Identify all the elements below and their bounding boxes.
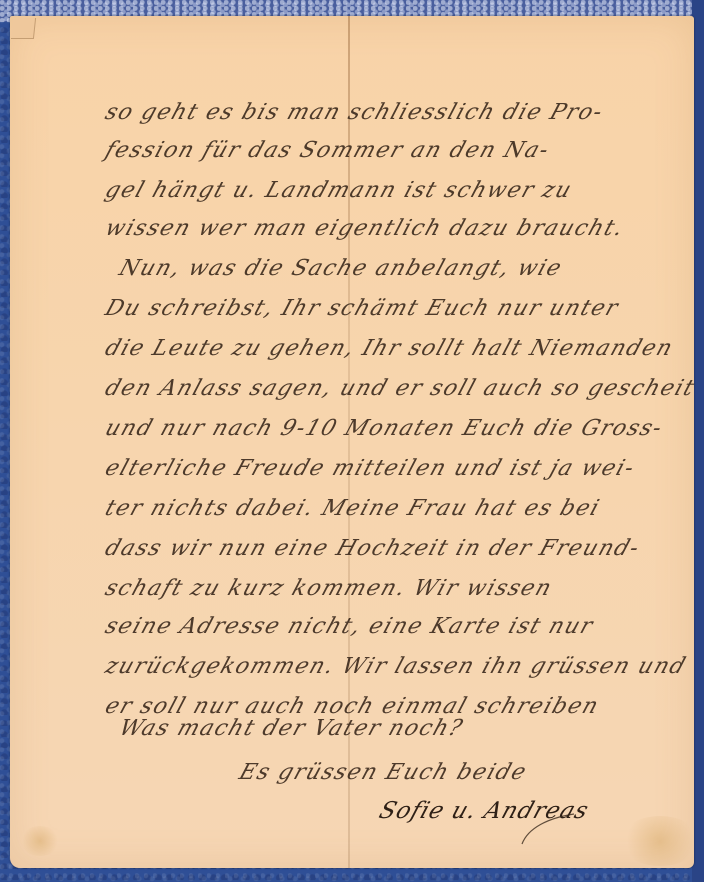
letter-line: den Anlass sagen, und er soll auch so ge… bbox=[102, 376, 698, 401]
stain-bottom-right bbox=[620, 816, 700, 866]
letter-line: dass wir nun eine Hochzeit in der Freund… bbox=[102, 536, 643, 561]
letter-line: seine Adresse nicht, eine Karte ist nur bbox=[102, 614, 597, 639]
letter-line: elterliche Freude mitteilen und ist ja w… bbox=[102, 456, 638, 481]
letter-line: und nur nach 9-10 Monaten Euch die Gross… bbox=[102, 416, 666, 441]
letter-line: fession für das Sommer an den Na- bbox=[102, 138, 553, 163]
letter-line: schaft zu kurz kommen. Wir wissen bbox=[102, 576, 556, 601]
letter-line: ter nichts dabei. Meine Frau hat es bei bbox=[102, 496, 604, 521]
letter-closing: Es grüssen Euch beide bbox=[236, 760, 530, 785]
letter-line: zurückgekommen. Wir lassen ihn grüssen u… bbox=[102, 654, 690, 679]
stain-bottom-left bbox=[20, 826, 60, 856]
signature-flourish-icon bbox=[518, 806, 578, 846]
letter-line: die Leute zu gehen, Ihr sollt halt Niema… bbox=[102, 336, 677, 361]
letter-line: gel hängt u. Landmann ist schwer zu bbox=[102, 178, 576, 203]
letter-line: Du schreibst, Ihr schämt Euch nur unter bbox=[102, 296, 622, 321]
letter-line: Nun, was die Sache anbelangt, wie bbox=[116, 256, 566, 281]
letter-line: Was macht der Vater noch? bbox=[116, 716, 467, 741]
letter-line: wissen wer man eigentlich dazu braucht. bbox=[102, 216, 628, 241]
folded-corner bbox=[11, 18, 36, 39]
letter-line: so geht es bis man schliesslich die Pro- bbox=[102, 100, 607, 125]
